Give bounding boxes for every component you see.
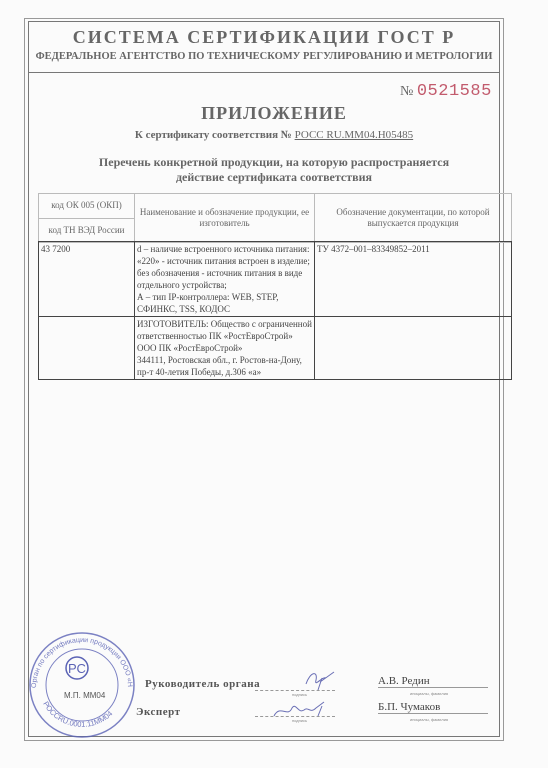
list-title: Перечень конкретной продукции, на котору… (0, 155, 548, 185)
stamp-seal-icon: Орган по сертификации продукции ООО «НТЦ… (22, 630, 142, 740)
header-separator (28, 72, 500, 73)
list-title-line2: действие сертификата соответствия (0, 170, 548, 185)
svg-text:РОССRU.0001.11ММ04: РОССRU.0001.11ММ04 (41, 700, 114, 729)
svg-text:М.П. ММ04: М.П. ММ04 (64, 691, 106, 700)
list-title-line1: Перечень конкретной продукции, на котору… (0, 155, 548, 170)
header-product-name: Наименование и обозначение продукции, ее… (135, 194, 315, 242)
cell-product: d – наличие встроенного источника питани… (135, 242, 315, 316)
cell-manufacturer: ИЗГОТОВИТЕЛЬ: Общество с ограниченной от… (135, 317, 315, 379)
serial-prefix: № (400, 84, 413, 99)
table-body: 43 7200 d – наличие встроенного источник… (38, 241, 512, 380)
certificate-ref-number: РОСС RU.ММ04.Н05485 (295, 129, 414, 141)
svg-text:РС: РС (68, 661, 86, 676)
header-codes: код ОК 005 (ОКП) код ТН ВЭД России (39, 194, 135, 242)
page-title: ПРИЛОЖЕНИЕ (0, 103, 548, 124)
signatory-expert-name: Б.П. Чумаков (378, 701, 488, 714)
cell-docs (315, 317, 511, 379)
cell-code (39, 317, 135, 379)
signature-role-expert: Эксперт (136, 706, 181, 718)
certificate-ref-label: К сертификату соответствия № (135, 129, 292, 141)
agency-name: ФЕДЕРАЛЬНОЕ АГЕНТСТВО ПО ТЕХНИЧЕСКОМУ РЕ… (28, 51, 500, 62)
system-title: СИСТЕМА СЕРТИФИКАЦИИ ГОСТ Р (28, 27, 500, 48)
name-caption-head: инициалы, фамилия (410, 691, 448, 696)
header-documentation: Обозначение документации, по которой вып… (315, 194, 511, 242)
certification-stamp: Орган по сертификации продукции ООО «НТЦ… (22, 630, 142, 740)
serial-value: 0521585 (417, 82, 492, 101)
table-header: код ОК 005 (ОКП) код ТН ВЭД России Наиме… (38, 193, 512, 243)
signature-expert-icon (270, 698, 330, 722)
name-caption-expert: инициалы, фамилия (410, 717, 448, 722)
signature-role-head: Руководитель органа (145, 678, 260, 690)
signature-head-icon (300, 668, 340, 694)
serial-number: № 0521585 (400, 82, 492, 101)
cell-docs: ТУ 4372–001–83349852–2011 (315, 242, 511, 316)
header-code-tnved: код ТН ВЭД России (39, 219, 134, 243)
table-row: 43 7200 d – наличие встроенного источник… (39, 242, 511, 317)
print-footer (0, 748, 548, 752)
cell-code: 43 7200 (39, 242, 135, 316)
certificate-reference: К сертификату соответствия № РОСС RU.ММ0… (0, 129, 548, 141)
table-row: ИЗГОТОВИТЕЛЬ: Общество с ограниченной от… (39, 317, 511, 379)
signatory-head-name: А.В. Редин (378, 675, 488, 688)
header-code-okp: код ОК 005 (ОКП) (39, 194, 134, 219)
